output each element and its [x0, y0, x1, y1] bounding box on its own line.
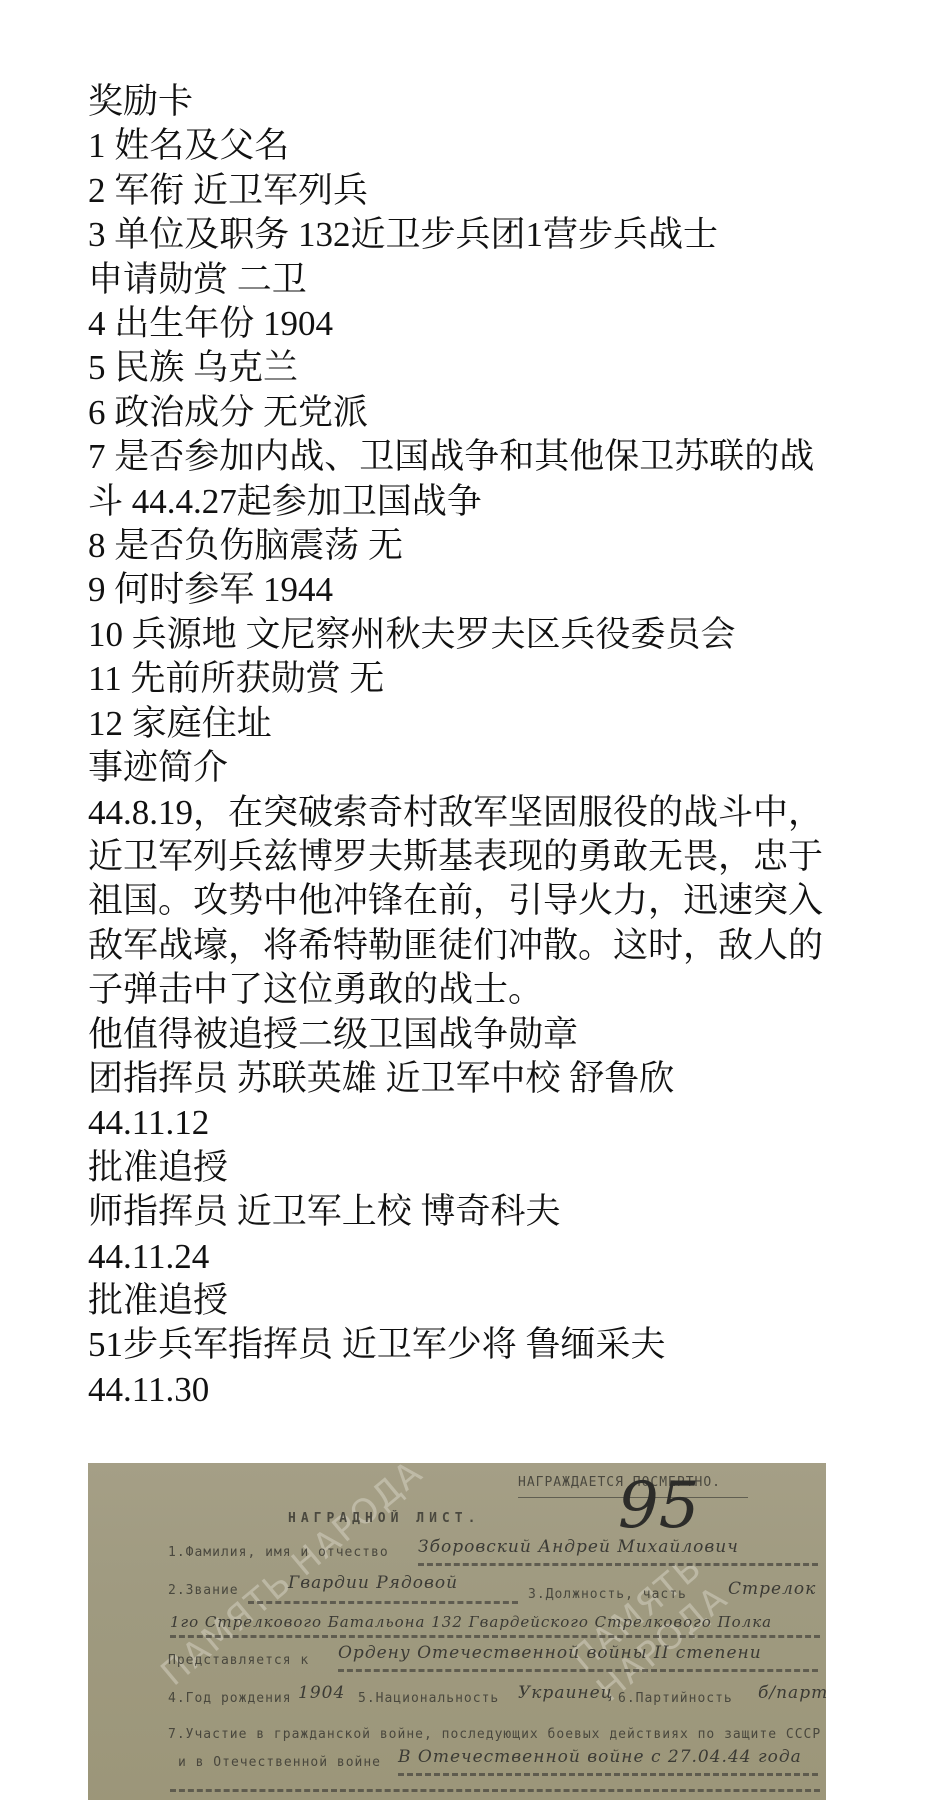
division-commander: 师指挥员 近卫军上校 博奇科夫 [88, 1190, 828, 1234]
field-home-address: 12 家庭住址 [88, 702, 828, 746]
field-award-requested: 申请勋赏 二卫 [88, 258, 828, 302]
field-previous-awards: 11 先前所获勋赏 无 [88, 657, 828, 701]
field-enlisted: 9 何时参军 1944 [88, 568, 828, 612]
award-sheet-photo: ПАМЯТЬ НАРОДА ПАМЯТЬ НАРОДА НАГРАЖДАЕТСЯ… [88, 1463, 826, 1800]
field-draft-office: 10 兵源地 文尼察州秋夫罗夫区兵役委员会 [88, 613, 828, 657]
handwritten-number: 95 [618, 1469, 699, 1543]
article-text: 奖励卡 1 姓名及父名 2 军衔 近卫军列兵 3 单位及职务 132近卫步兵团1… [88, 80, 828, 1412]
division-date: 44.11.24 [88, 1235, 828, 1279]
approval-1: 批准追授 [88, 1146, 828, 1190]
field-birth-year: 4 出生年份 1904 [88, 302, 828, 346]
field-wounds: 8 是否负伤脑震荡 无 [88, 524, 828, 568]
field-rank: 2 军衔 近卫军列兵 [88, 169, 828, 213]
field-unit: 3 单位及职务 132近卫步兵团1营步兵战士 [88, 213, 828, 257]
field-war-participation: 7 是否参加内战、卫国战争和其他保卫苏联的战斗 44.4.27起参加卫国战争 [88, 435, 828, 524]
regiment-commander: 团指挥员 苏联英雄 近卫军中校 舒鲁欣 [88, 1057, 828, 1101]
deeds-paragraph: 44.8.19，在突破索奇村敌军坚固服役的战斗中，近卫军列兵兹博罗夫斯基表现的勇… [88, 791, 828, 1013]
field-name: 1 姓名及父名 [88, 124, 828, 168]
corps-commander: 51步兵军指挥员 近卫军少将 鲁缅采夫 [88, 1323, 828, 1367]
approval-2: 批准追授 [88, 1279, 828, 1323]
recommendation: 他值得被追授二级卫国战争勋章 [88, 1013, 828, 1057]
field-nationality: 5 民族 乌克兰 [88, 346, 828, 390]
section-heading-deeds: 事迹简介 [88, 746, 828, 790]
regiment-date: 44.11.12 [88, 1101, 828, 1145]
corps-date: 44.11.30 [88, 1368, 828, 1412]
sheet-title: НАГРАДНОЙ ЛИСТ. [288, 1511, 480, 1526]
card-title: 奖励卡 [88, 80, 828, 124]
field-party: 6 政治成分 无党派 [88, 391, 828, 435]
